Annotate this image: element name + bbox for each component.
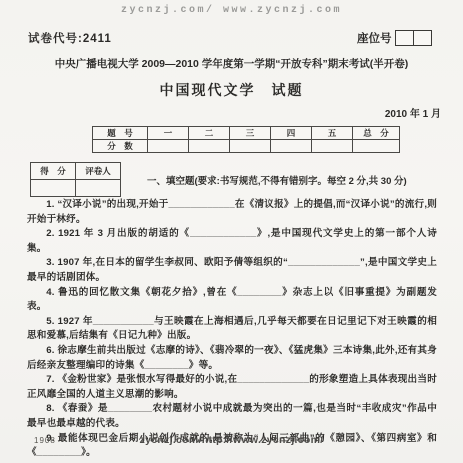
table-row: 得 分 评卷人 [31, 163, 121, 180]
grader-box-empty-cell [31, 180, 76, 197]
seat-number-label: 座位号 [357, 30, 392, 46]
score-row-label: 分 数 [93, 140, 148, 153]
question-4: 4. 鲁迅的回忆散文集《朝花夕拾》,曾在《________》杂志上以《旧事重提》… [27, 286, 437, 315]
fill-in-blank-questions: 1. “汉译小说”的出现,开始于____________在《清议报》上的提倡,而… [27, 198, 437, 461]
table-row: 分 数 [93, 140, 400, 153]
score-cell-empty [230, 140, 271, 153]
grader-box-empty-cell [76, 180, 121, 197]
score-cell-empty [189, 140, 230, 153]
question-1: 1. “汉译小说”的出现,开始于____________在《清议报》上的提倡,而… [27, 198, 437, 227]
question-5: 5. 1927 年___________与王映霞在上海相遇后,几乎每天都要在日记… [27, 315, 437, 344]
table-row [31, 180, 121, 197]
score-cell-empty [148, 140, 189, 153]
top-watermark-url: zycnzj.com/ www.zycnzj.com [0, 5, 463, 16]
bottom-watermark-url: zycnzj.com/http://www.zycnzj.com/ [0, 434, 463, 446]
question-8: 8. 《春蚕》是________农村题材小说中成就最为突出的一篇,也是当时“丰收… [27, 402, 437, 431]
score-table-header-cell: 题 号 [93, 127, 148, 140]
seat-number-box-2 [414, 30, 432, 46]
score-table-header-cell: 总 分 [353, 127, 400, 140]
score-table-header-cell: 三 [230, 127, 271, 140]
question-3: 3. 1907 年,在日本的留学生李叔同、欧阳予倩等组织的“__________… [27, 256, 437, 285]
score-table-header-cell: 二 [189, 127, 230, 140]
grader-box-score-label: 得 分 [31, 163, 76, 180]
table-row: 题 号 一 二 三 四 五 总 分 [93, 127, 400, 140]
exam-paper-page: zycnzj.com/ www.zycnzj.com 试卷代号:2411 座位号… [0, 0, 463, 463]
seat-number: 座位号 [357, 30, 432, 46]
score-cell-empty [312, 140, 353, 153]
seat-number-boxes [395, 30, 432, 46]
section-1-heading: 一、填空题(要求:书写规范,不得有错别字。每空 2 分,共 30 分) [147, 173, 447, 187]
grader-score-box: 得 分 评卷人 [30, 162, 121, 197]
seat-number-box-1 [395, 30, 414, 46]
score-summary-table: 题 号 一 二 三 四 五 总 分 分 数 [92, 126, 400, 153]
question-7: 7. 《金粉世家》是张恨水写得最好的小说,在_____________的形象塑造… [27, 373, 437, 402]
question-2: 2. 1921 年 3 月出版的胡适的《____________》,是中国现代文… [27, 227, 437, 256]
grader-box-grader-label: 评卷人 [76, 163, 121, 180]
school-exam-line: 中央广播电视大学 2009—2010 学年度第一学期“开放专科”期末考试(半开卷… [0, 56, 463, 71]
question-6: 6. 徐志摩生前共出版过《志摩的诗》、《翡冷翠的一夜》、《猛虎集》三本诗集,此外… [27, 344, 437, 373]
paper-code: 试卷代号:2411 [28, 30, 112, 46]
score-table-header-cell: 五 [312, 127, 353, 140]
exam-date: 2010 年 1 月 [0, 105, 441, 120]
page-title: 中国现代文学 试题 [0, 80, 463, 100]
score-cell-empty [353, 140, 400, 153]
score-table-header-cell: 一 [148, 127, 189, 140]
score-cell-empty [271, 140, 312, 153]
score-table-header-cell: 四 [271, 127, 312, 140]
